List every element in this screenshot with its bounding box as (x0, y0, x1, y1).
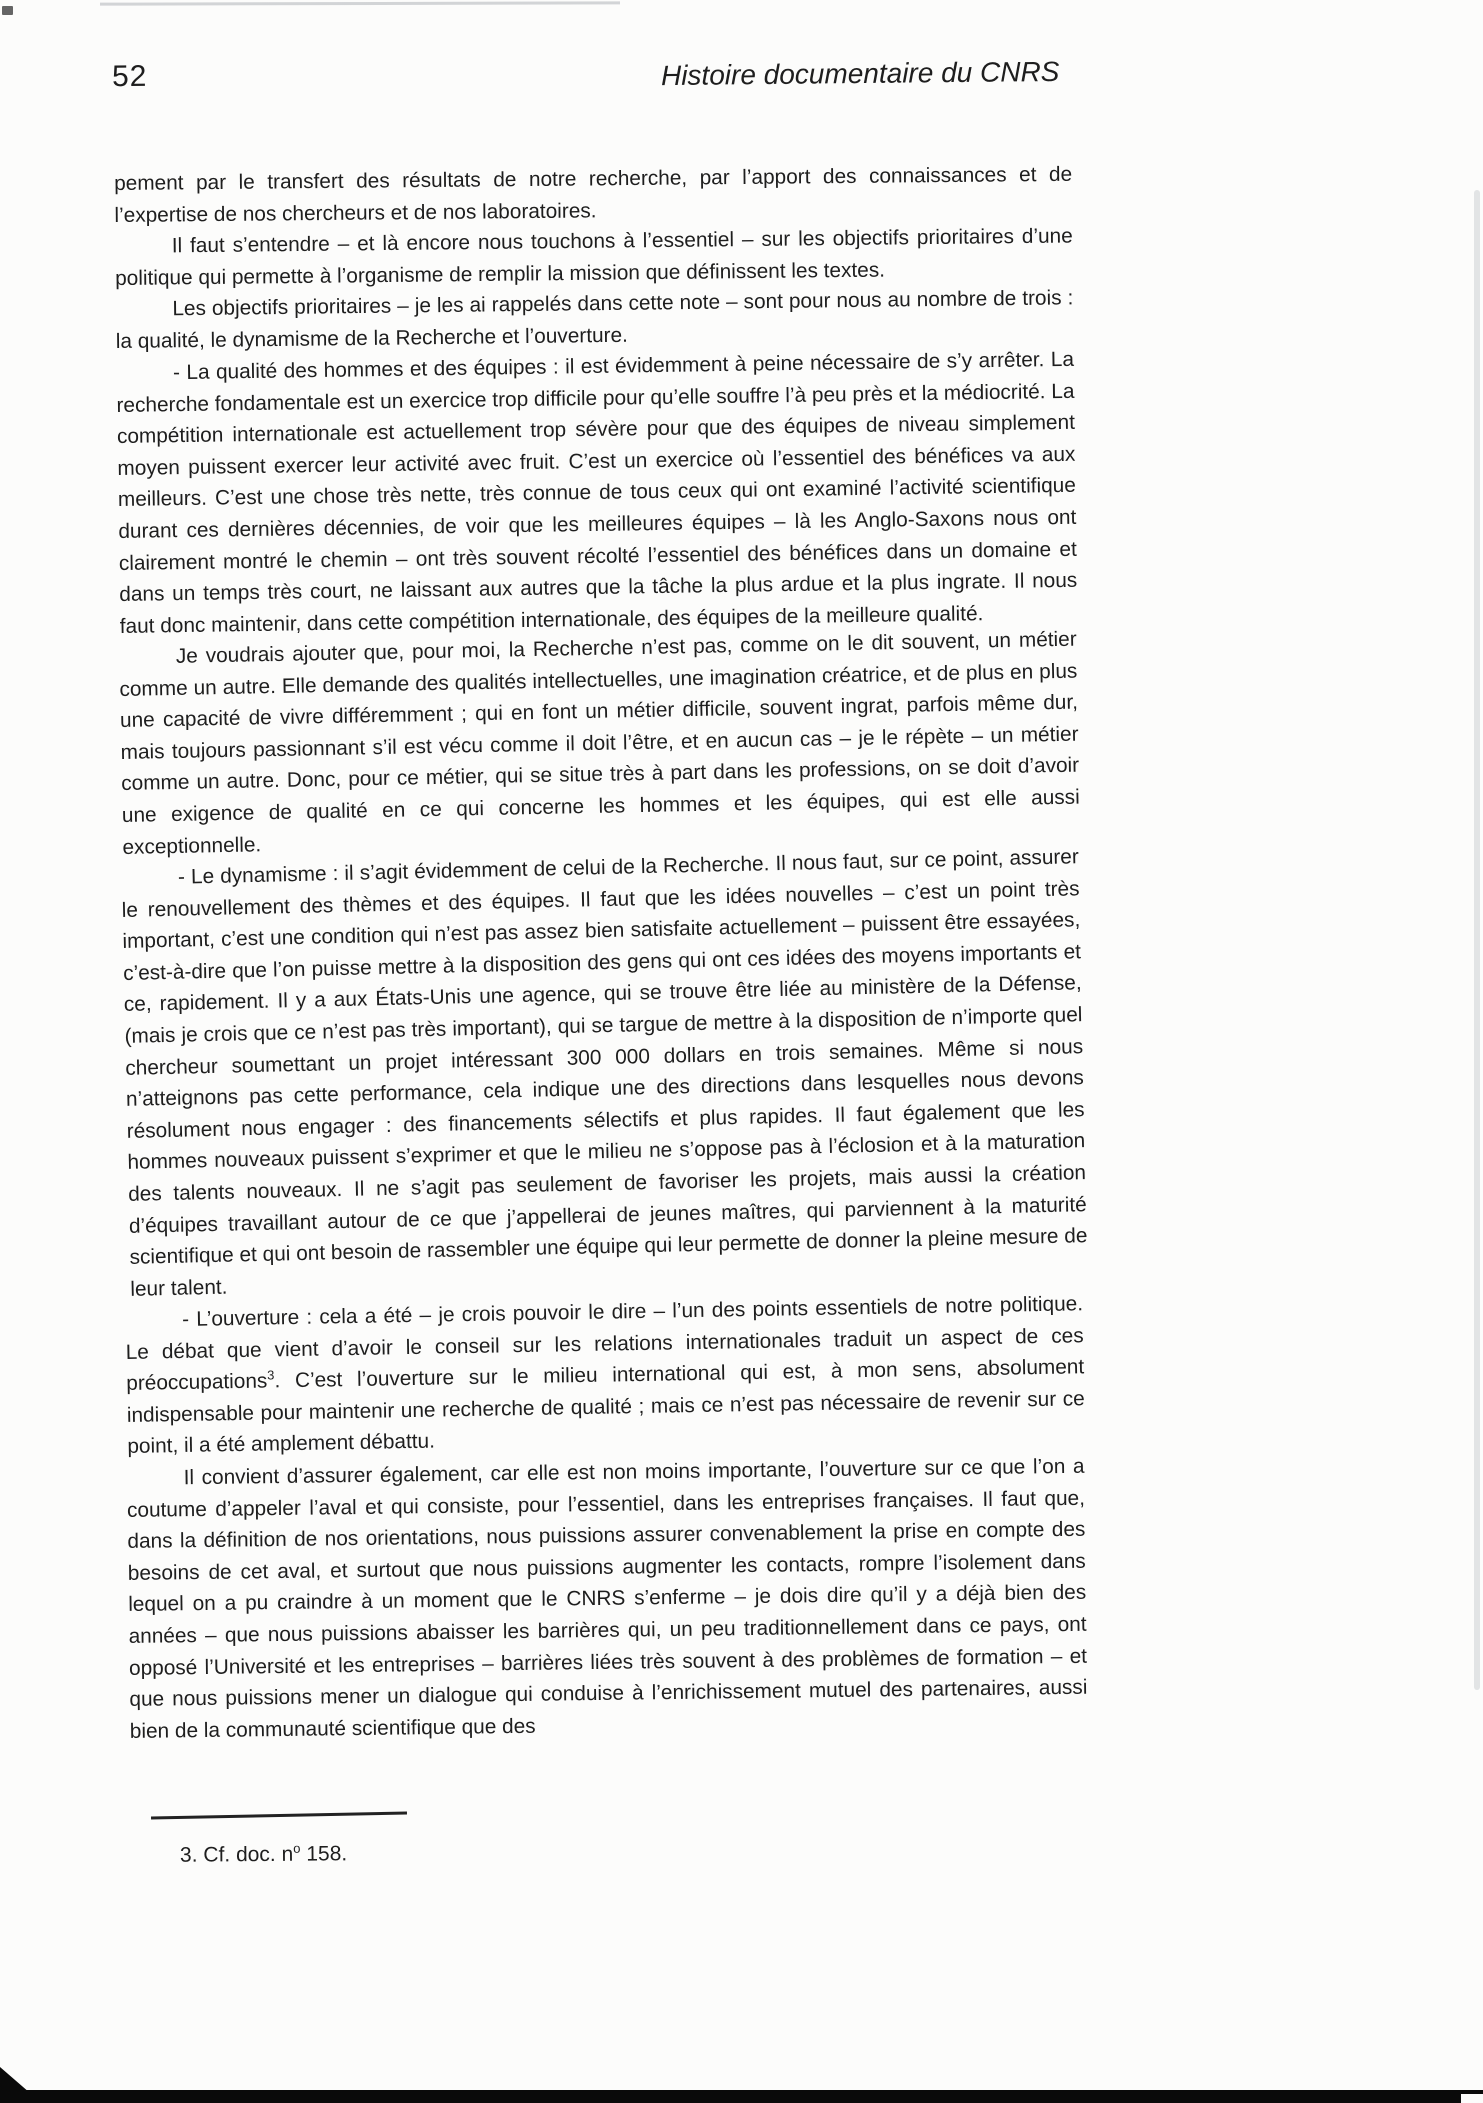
running-header: Histoire documentaire du CNRS (660, 56, 1059, 92)
footnote-text: 3. Cf. doc. no 158. (180, 1842, 347, 1867)
paragraph: - L’ouverture : cela a été – je crois po… (125, 1289, 1086, 1464)
footnote-reference: 3 (267, 1368, 274, 1383)
paragraph: Il convient d’assurer également, car ell… (126, 1451, 1088, 1748)
page-number: 52 (112, 60, 148, 94)
paragraph: Je voudrais ajouter que, pour moi, la Re… (119, 623, 1081, 863)
scan-artifact-top-left-mark (2, 6, 13, 15)
scan-artifact-right-shadow (1474, 190, 1480, 1690)
footnote-divider (151, 1812, 407, 1820)
scanned-book-page: 52 Histoire documentaire du CNRS pement … (0, 0, 1483, 2103)
paragraph: - La qualité des hommes et des équipes :… (116, 343, 1078, 642)
scan-artifact-top-streak (100, 1, 620, 5)
scan-artifact-bottom-right-notch (1461, 2094, 1483, 2103)
scan-artifact-bottom-bar (0, 2090, 1483, 2103)
paragraph: pement par le transfert des résultats de… (114, 159, 1073, 231)
paragraph: - Le dynamisme : il s’agit évidemment de… (121, 841, 1089, 1305)
footnote-reference: o (293, 1841, 300, 1856)
body-text: pement par le transfert des résultats de… (114, 159, 1087, 1748)
